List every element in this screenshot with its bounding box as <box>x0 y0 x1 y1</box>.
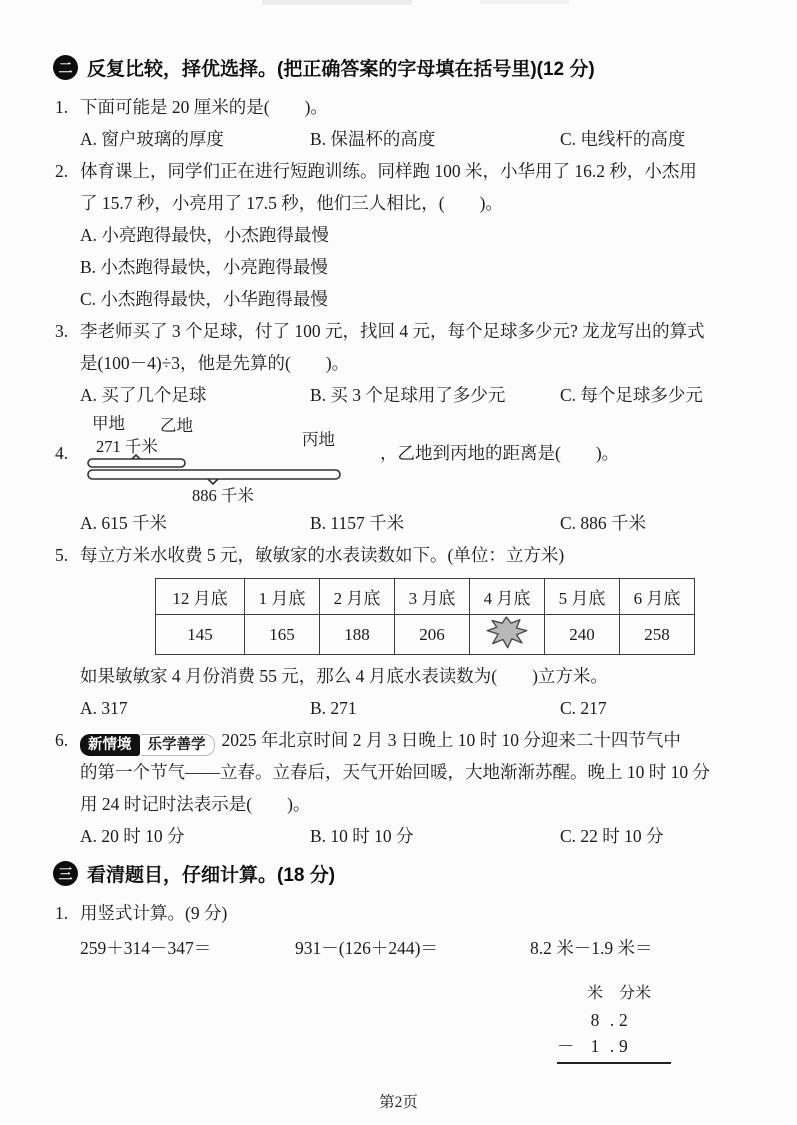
question-4-text: ，乙地到丙地的距离是( )。 <box>380 437 619 469</box>
section-two-header: 二 反复比较，择优选择。(把正确答案的字母填在括号里)(12 分) <box>53 54 761 81</box>
question-3-text-line2: 是(100－4)÷3，他是先算的( )。 <box>80 347 761 379</box>
vertical-subtrahend-row: － 1 . 9 <box>557 1033 665 1059</box>
place-a-label: 甲地 <box>92 414 125 433</box>
question-5-text-line2: 如果敏敏家 4 月份消费 55 元，那么 4 月底水表读数为( )立方米。 <box>80 660 761 692</box>
vertical-subtraction: 米 分米 8 . 2 － 1 . 9 <box>557 981 671 1064</box>
section-three-header: 三 看清题目，仔细计算。(18 分) <box>53 860 761 887</box>
equation-2: 931－(126＋244)＝ <box>295 931 530 965</box>
question-3: 3. 李老师买了 3 个足球，付了 100 元，找回 4 元，每个足球多少元? … <box>55 315 761 411</box>
scan-artifact <box>262 0 412 5</box>
question-2-number: 2. <box>55 155 80 315</box>
question-1: 1. 下面可能是 20 厘米的是( )。 A. 窗户玻璃的厚度 B. 保温杯的高… <box>55 91 761 155</box>
decimal-point: . <box>607 1007 617 1033</box>
question-5-number: 5. <box>55 539 80 724</box>
table-value-cell: 258 <box>620 615 695 655</box>
distance-line-diagram: 甲地 乙地 丙地 271 千米 886 千米 <box>80 413 380 507</box>
meter-unit-label: 米 <box>583 981 607 1007</box>
spacer <box>55 507 80 539</box>
ink-blot-starburst-icon <box>476 615 538 649</box>
option-b: B. 小杰跑得最快，小亮跑得最慢 <box>80 251 761 283</box>
digit: 1 <box>583 1033 607 1059</box>
question-6-body: 新情境 乐学善学 2025 年北京时间 2 月 3 日晚上 10 时 10 分迎… <box>80 724 761 852</box>
bracket-ab <box>88 459 185 467</box>
question-5-options: A. 317 B. 271 C. 217 <box>80 692 761 724</box>
scan-artifact <box>480 0 570 4</box>
table-header-cell: 5 月底 <box>545 579 620 615</box>
question-tags: 新情境 乐学善学 <box>80 734 215 756</box>
option-c: C. 22 时 10 分 <box>560 820 761 852</box>
question-4-number: 4. <box>55 437 80 469</box>
table-header-cell: 1 月底 <box>245 579 320 615</box>
cell <box>557 1007 583 1033</box>
table-header-cell: 2 月底 <box>320 579 395 615</box>
option-a: A. 20 时 10 分 <box>80 820 310 852</box>
decimeter-unit-label: 分米 <box>617 981 665 1007</box>
place-c-label: 丙地 <box>302 430 335 449</box>
question-1-body: 下面可能是 20 厘米的是( )。 A. 窗户玻璃的厚度 B. 保温杯的高度 C… <box>80 91 761 155</box>
question-6-intro: 2025 年北京时间 2 月 3 日晚上 10 时 10 分迎来二十四节气中 <box>222 730 681 750</box>
question-6-number: 6. <box>55 724 80 852</box>
table-header-cell: 6 月底 <box>620 579 695 615</box>
distance-ab-label: 271 千米 <box>96 437 158 456</box>
calc-question-1: 1. 用竖式计算。(9 分) <box>55 897 761 929</box>
question-4: 4. 甲地 乙地 丙地 271 千米 886 千米 ，乙地到丙地的距离是( )。 <box>55 413 761 507</box>
option-c: C. 886 千米 <box>560 507 761 539</box>
question-5-text-line1: 每立方米水收费 5 元，敏敏家的水表读数如下。(单位：立方米) <box>80 539 761 571</box>
distance-ac-label: 886 千米 <box>192 486 254 505</box>
equation-1: 259＋314－347＝ <box>80 931 295 965</box>
question-6-text-line1: 新情境 乐学善学 2025 年北京时间 2 月 3 日晚上 10 时 10 分迎… <box>80 724 761 756</box>
new-context-badge: 新情境 <box>80 734 140 756</box>
option-a: A. 小亮跑得最快，小杰跑得最慢 <box>80 219 761 251</box>
question-6: 6. 新情境 乐学善学 2025 年北京时间 2 月 3 日晚上 10 时 10… <box>55 724 761 852</box>
water-meter-table: 12 月底 1 月底 2 月底 3 月底 4 月底 5 月底 6 月底 145 … <box>155 578 695 655</box>
question-3-number: 3. <box>55 315 80 411</box>
option-c: C. 217 <box>560 692 761 724</box>
equation-3: 8.2 米－1.9 米＝ <box>530 931 761 965</box>
question-6-options: A. 20 时 10 分 B. 10 时 10 分 C. 22 时 10 分 <box>80 820 761 852</box>
page-number: 第2页 <box>0 1090 797 1112</box>
question-2-text-line2: 了 15.7 秒，小亮用了 17.5 秒，他们三人相比，( )。 <box>80 187 761 219</box>
option-b: B. 保温杯的高度 <box>310 123 560 155</box>
option-a: A. 买了几个足球 <box>80 379 310 411</box>
section-two-icon: 二 <box>53 55 78 80</box>
option-a: A. 317 <box>80 692 310 724</box>
decimal-point: . <box>607 1033 617 1059</box>
table-value-cell: 188 <box>320 615 395 655</box>
calc-question-text: 用竖式计算。(9 分) <box>80 897 761 929</box>
question-3-body: 李老师买了 3 个足球，付了 100 元，找回 4 元，每个足球多少元? 龙龙写… <box>80 315 761 411</box>
question-2: 2. 体育课上，同学们正在进行短跑训练。同样跑 100 米，小华用了 16.2 … <box>55 155 761 315</box>
bracket-ac <box>88 470 340 479</box>
vertical-minuend-row: 8 . 2 <box>557 1007 665 1033</box>
option-c: C. 电线杆的高度 <box>560 123 761 155</box>
page-content: 二 反复比较，择优选择。(把正确答案的字母填在括号里)(12 分) 1. 下面可… <box>0 0 797 1064</box>
equations-row: 259＋314－347＝ 931－(126＋244)＝ 8.2 米－1.9 米＝ <box>80 931 761 965</box>
question-6-text-line2: 的第一个节气——立春。立春后，天气开始回暖，大地渐渐苏醒。晚上 10 时 10 … <box>80 756 761 788</box>
cell <box>607 981 617 1007</box>
question-3-options: A. 买了几个足球 B. 买 3 个足球用了多少元 C. 每个足球多少元 <box>80 379 761 411</box>
question-1-options: A. 窗户玻璃的厚度 B. 保温杯的高度 C. 电线杆的高度 <box>80 123 761 155</box>
question-5-body: 每立方米水收费 5 元，敏敏家的水表读数如下。(单位：立方米) 12 月底 1 … <box>80 539 761 724</box>
question-3-text-line1: 李老师买了 3 个足球，付了 100 元，找回 4 元，每个足球多少元? 龙龙写… <box>80 315 761 347</box>
option-b: B. 10 时 10 分 <box>310 820 560 852</box>
question-1-number: 1. <box>55 91 80 155</box>
test-paper-page: 二 反复比较，择优选择。(把正确答案的字母填在括号里)(12 分) 1. 下面可… <box>0 0 797 1125</box>
option-a: A. 窗户玻璃的厚度 <box>80 123 310 155</box>
option-b: B. 买 3 个足球用了多少元 <box>310 379 560 411</box>
table-header-cell: 12 月底 <box>156 579 245 615</box>
table-value-cell: 165 <box>245 615 320 655</box>
question-4-options: A. 615 千米 B. 1157 千米 C. 886 千米 <box>80 507 761 539</box>
option-c: C. 每个足球多少元 <box>560 379 761 411</box>
cell <box>557 981 583 1007</box>
table-header-cell: 3 月底 <box>395 579 470 615</box>
question-1-text: 下面可能是 20 厘米的是( )。 <box>80 91 761 123</box>
table-value-cell: 240 <box>545 615 620 655</box>
digit: 8 <box>583 1007 607 1033</box>
table-value-row: 145 165 188 206 240 258 <box>156 615 695 655</box>
question-4-options-row: A. 615 千米 B. 1157 千米 C. 886 千米 <box>55 507 761 539</box>
option-c: C. 小杰跑得最快，小华跑得最慢 <box>80 283 761 315</box>
option-b: B. 271 <box>310 692 560 724</box>
table-obscured-cell <box>470 615 545 655</box>
table-value-cell: 145 <box>156 615 245 655</box>
place-b-label: 乙地 <box>160 416 193 435</box>
calc-question-number: 1. <box>55 897 80 929</box>
option-b: B. 1157 千米 <box>310 507 560 539</box>
table-header-cell: 4 月底 <box>470 579 545 615</box>
section-three-title: 看清题目，仔细计算。(18 分) <box>87 860 335 887</box>
digit: 9 <box>617 1033 665 1059</box>
joyful-learning-badge: 乐学善学 <box>140 734 215 756</box>
question-2-body: 体育课上，同学们正在进行短跑训练。同样跑 100 米，小华用了 16.2 秒，小… <box>80 155 761 315</box>
question-5: 5. 每立方米水收费 5 元，敏敏家的水表读数如下。(单位：立方米) 12 月底… <box>55 539 761 724</box>
table-value-cell: 206 <box>395 615 470 655</box>
minus-sign: － <box>557 1033 583 1059</box>
table-header-row: 12 月底 1 月底 2 月底 3 月底 4 月底 5 月底 6 月底 <box>156 579 695 615</box>
question-6-text-line3: 用 24 时记时法表示是( )。 <box>80 788 761 820</box>
question-2-text-line1: 体育课上，同学们正在进行短跑训练。同样跑 100 米，小华用了 16.2 秒，小… <box>80 155 761 187</box>
option-a: A. 615 千米 <box>80 507 310 539</box>
vertical-units-row: 米 分米 <box>557 981 665 1007</box>
digit: 2 <box>617 1007 665 1033</box>
section-two-title: 反复比较，择优选择。(把正确答案的字母填在括号里)(12 分) <box>87 54 595 81</box>
section-three-icon: 三 <box>53 861 78 886</box>
